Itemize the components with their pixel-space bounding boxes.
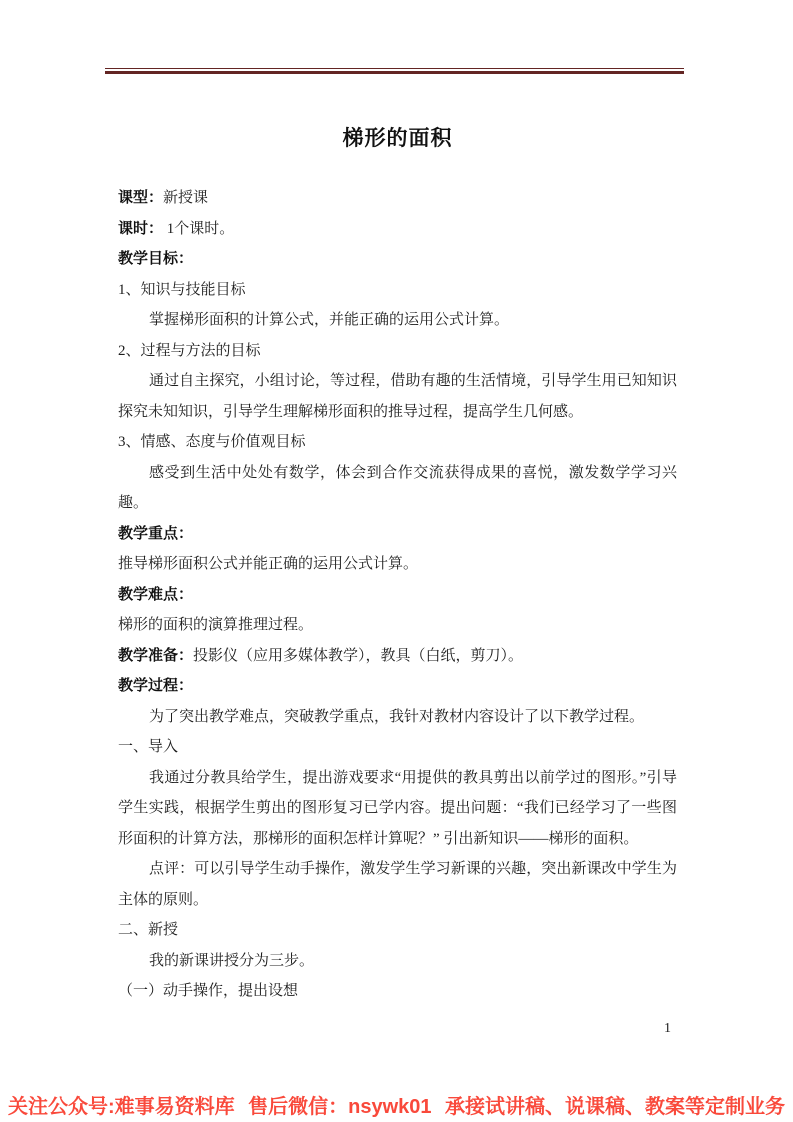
- paragraph-text: 感受到生活中处处有数学，体会到合作交流获得成果的喜悦，激发数学学习兴趣。: [118, 465, 677, 512]
- paragraph: 掌握梯形面积的计算公式，并能正确的运用公式计算。: [118, 305, 677, 336]
- paragraph: 推导梯形面积公式并能正确的运用公式计算。: [118, 549, 677, 580]
- paragraph-label: 教学准备：: [118, 648, 193, 664]
- paragraph-label: 教学重点：: [118, 526, 193, 542]
- paragraph-text: 梯形的面积的演算推理过程。: [118, 617, 313, 633]
- paragraph: 2、过程与方法的目标: [118, 336, 677, 367]
- paragraph-text: 2、过程与方法的目标: [118, 343, 261, 359]
- promo-footer-banner: 关注公众号:难事易资料库 售后微信：nsywk01 承接试讲稿、说课稿、教案等定…: [0, 1090, 793, 1119]
- paragraph-text: 我的新课讲授分为三步。: [149, 953, 314, 969]
- paragraph-text: 3、情感、态度与价值观目标: [118, 434, 306, 450]
- paragraph-label: 教学目标：: [118, 251, 193, 267]
- paragraph: 通过自主探究，小组讨论，等过程，借助有趣的生活情境，引导学生用已知知识探究未知知…: [118, 366, 677, 427]
- document-page: 梯形的面积 课型：新授课 课时： 1个课时。 教学目标： 1、知识与技能目标 掌…: [0, 0, 793, 1122]
- document-title: 梯形的面积: [118, 122, 677, 152]
- paragraph: 教学难点：: [118, 580, 677, 611]
- paragraph: 梯形的面积的演算推理过程。: [118, 610, 677, 641]
- paragraph-text: （一）动手操作，提出设想: [118, 983, 298, 999]
- paragraph-text: 推导梯形面积公式并能正确的运用公式计算。: [118, 556, 418, 572]
- paragraph: 教学重点：: [118, 519, 677, 550]
- paragraph-text: 二、新授: [118, 922, 178, 938]
- paragraph-text: 通过自主探究，小组讨论，等过程，借助有趣的生活情境，引导学生用已知知识探究未知知…: [118, 373, 677, 420]
- footer-segment-services: 承接试讲稿、说课稿、教案等定制业务: [445, 1090, 785, 1119]
- paragraph-text: 投影仪（应用多媒体教学），教具（白纸，剪刀）。: [193, 648, 523, 664]
- header-divider-rule: [105, 68, 684, 74]
- paragraph: 教学准备：投影仪（应用多媒体教学），教具（白纸，剪刀）。: [118, 641, 677, 672]
- paragraph: 二、新授: [118, 915, 677, 946]
- footer-segment-public-account: 关注公众号:难事易资料库: [8, 1090, 235, 1119]
- document-body: 课型：新授课 课时： 1个课时。 教学目标： 1、知识与技能目标 掌握梯形面积的…: [118, 183, 677, 1007]
- paragraph: 1、知识与技能目标: [118, 275, 677, 306]
- paragraph: 教学过程：: [118, 671, 677, 702]
- paragraph: 一、导入: [118, 732, 677, 763]
- paragraph: 我通过分教具给学生，提出游戏要求“用提供的教具剪出以前学过的图形。”引导学生实践…: [118, 763, 677, 855]
- paragraph-label: 教学难点：: [118, 587, 193, 603]
- paragraph-label: 课型：: [118, 190, 163, 206]
- paragraph-text: 一、导入: [118, 739, 178, 755]
- paragraph-text: 点评：可以引导学生动手操作，激发学生学习新课的兴趣，突出新课改中学生为主体的原则…: [118, 861, 677, 908]
- paragraph-text: 掌握梯形面积的计算公式，并能正确的运用公式计算。: [149, 312, 509, 328]
- paragraph: 3、情感、态度与价值观目标: [118, 427, 677, 458]
- paragraph-text: 1、知识与技能目标: [118, 282, 246, 298]
- paragraph-label: 课时：: [118, 221, 163, 237]
- paragraph: 课型：新授课: [118, 183, 677, 214]
- paragraph: 点评：可以引导学生动手操作，激发学生学习新课的兴趣，突出新课改中学生为主体的原则…: [118, 854, 677, 915]
- header-rule-thick-line: [105, 71, 684, 74]
- paragraph: 感受到生活中处处有数学，体会到合作交流获得成果的喜悦，激发数学学习兴趣。: [118, 458, 677, 519]
- paragraph: 我的新课讲授分为三步。: [118, 946, 677, 977]
- paragraph: 教学目标：: [118, 244, 677, 275]
- paragraph: （一）动手操作，提出设想: [118, 976, 677, 1007]
- footer-segment-wechat: 售后微信：nsywk01: [248, 1090, 431, 1119]
- page-number: 1: [664, 1021, 671, 1037]
- paragraph: 课时： 1个课时。: [118, 214, 677, 245]
- paragraph-text: 1个课时。: [163, 221, 234, 237]
- paragraph-text: 我通过分教具给学生，提出游戏要求“用提供的教具剪出以前学过的图形。”引导学生实践…: [118, 770, 677, 847]
- paragraph-label: 教学过程：: [118, 678, 193, 694]
- paragraph-text: 为了突出教学难点，突破教学重点，我针对教材内容设计了以下教学过程。: [149, 709, 644, 725]
- paragraph-text: 新授课: [163, 190, 208, 206]
- paragraph: 为了突出教学难点，突破教学重点，我针对教材内容设计了以下教学过程。: [118, 702, 677, 733]
